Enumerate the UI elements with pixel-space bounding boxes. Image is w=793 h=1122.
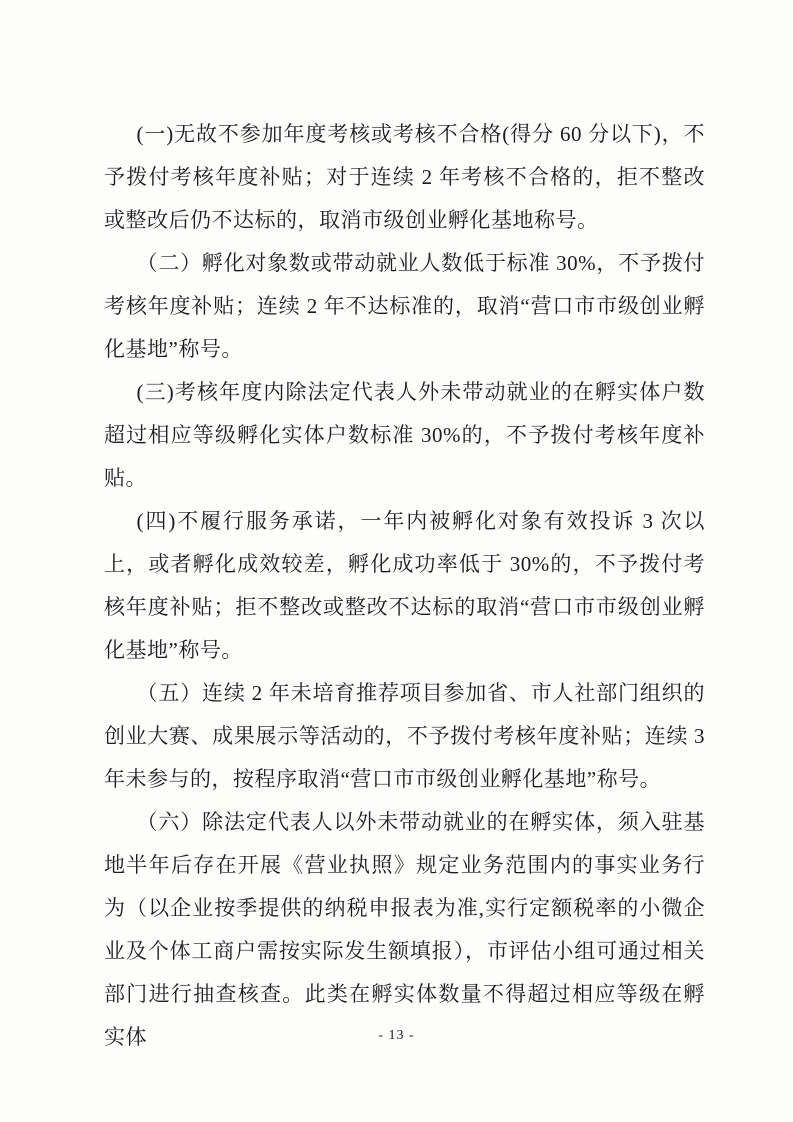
paragraph-item-6: （六）除法定代表人以外未带动就业的在孵实体，须入驻基地半年后存在开展《营业执照》… [104,801,705,1059]
paragraph-item-4: (四)不履行服务承诺，一年内被孵化对象有效投诉 3 次以上，或者孵化成效较差，孵… [104,500,705,672]
page-number: - 13 - [0,1026,793,1046]
document-page: (一)无故不参加年度考核或考核不合格(得分 60 分以下)，不予拨付考核年度补贴… [0,0,793,1122]
document-body: (一)无故不参加年度考核或考核不合格(得分 60 分以下)，不予拨付考核年度补贴… [104,113,705,1059]
paragraph-item-5: （五）连续 2 年未培育推荐项目参加省、市人社部门组织的创业大赛、成果展示等活动… [104,672,705,801]
paragraph-item-2: （二）孵化对象数或带动就业人数低于标准 30%，不予拨付考核年度补贴；连续 2 … [104,242,705,371]
paragraph-item-1: (一)无故不参加年度考核或考核不合格(得分 60 分以下)，不予拨付考核年度补贴… [104,113,705,242]
paragraph-item-3: (三)考核年度内除法定代表人外未带动就业的在孵实体户数超过相应等级孵化实体户数标… [104,371,705,500]
